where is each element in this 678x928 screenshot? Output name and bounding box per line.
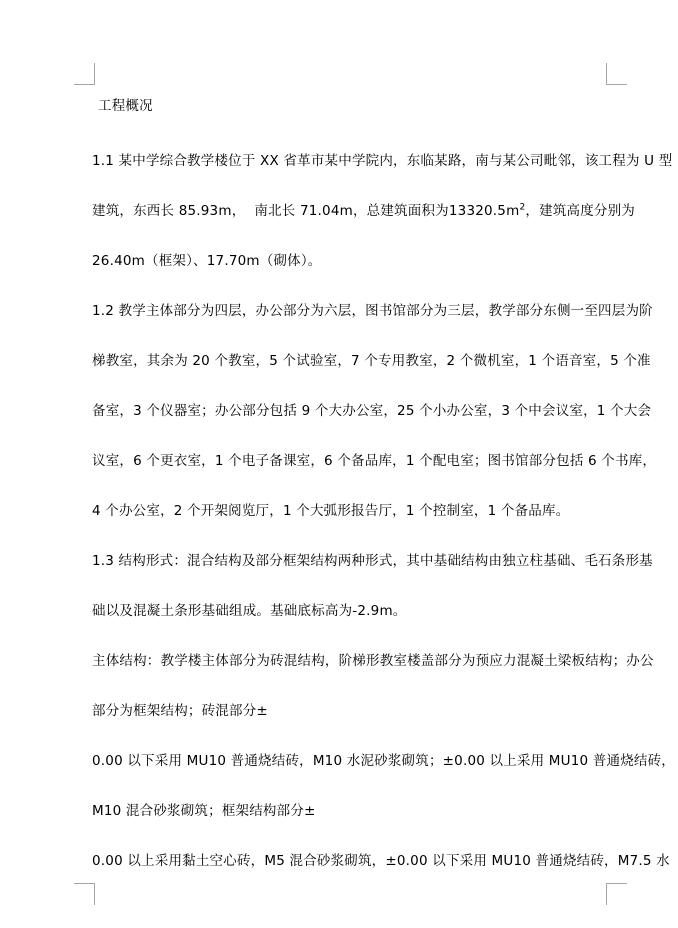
paragraph-masonry-2-line-1: 0.00 以上采用黏土空心砖，M5 混合砂浆砌筑，±0.00 以下采用 MU10… bbox=[92, 853, 592, 870]
line-text-before-superscript: 建筑，东西长 85.93m， 南北长 71.04m，总建筑面积为13320.5m bbox=[92, 203, 519, 219]
paragraph-masonry-1-line-2: M10 混合砂浆砌筑；框架结构部分± bbox=[92, 803, 592, 820]
paragraph-1-2-line-3: 备室，3 个仪器室；办公部分包括 9 个大办公室，25 个小办公室，3 个中会议… bbox=[92, 403, 592, 420]
paragraph-1-1-line-3: 26.40m（框架）、17.70m（砌体）。 bbox=[92, 253, 592, 270]
paragraph-1-1-line-1: 1.1 某中学综合教学楼位于 XX 省革市某中学院内，东临某路，南与某公司毗邻，… bbox=[92, 153, 592, 170]
text-boundary-mark-top-right bbox=[606, 63, 627, 85]
text-boundary-mark-bottom-right bbox=[606, 883, 627, 905]
section-heading: 工程概况 bbox=[98, 98, 598, 115]
paragraph-1-2-line-1: 1.2 教学主体部分为四层，办公部分为六层，图书馆部分为三层，教学部分东侧一至四… bbox=[92, 303, 592, 320]
document-page: 工程概况 1.1 某中学综合教学楼位于 XX 省革市某中学院内，东临某路，南与某… bbox=[0, 0, 678, 928]
paragraph-1-2-line-4: 议室，6 个更衣室，1 个电子备课室，6 个备品库，1 个配电室；图书馆部分包括… bbox=[92, 453, 592, 470]
line-text-after-superscript: ，建筑高度分别为 bbox=[525, 203, 635, 219]
paragraph-masonry-1-line-1: 0.00 以下采用 MU10 普通烧结砖，M10 水泥砂浆砌筑；±0.00 以上… bbox=[92, 753, 592, 770]
paragraph-main-structure-line-1: 主体结构：教学楼主体部分为砖混结构，阶梯形教室楼盖部分为预应力混凝土梁板结构；办… bbox=[92, 653, 592, 670]
paragraph-1-2-line-2: 梯教室，其余为 20 个教室，5 个试验室，7 个专用教室，2 个微机室，1 个… bbox=[92, 353, 592, 370]
text-boundary-mark-bottom-left bbox=[74, 883, 95, 905]
paragraph-main-structure-line-2: 部分为框架结构；砖混部分± bbox=[92, 703, 592, 720]
paragraph-1-3-line-2: 础以及混凝土条形基础组成。基础底标高为-2.9m。 bbox=[92, 603, 592, 620]
paragraph-1-1-line-2: 建筑，东西长 85.93m， 南北长 71.04m，总建筑面积为13320.5m… bbox=[92, 203, 592, 220]
paragraph-1-2-line-5: 4 个办公室，2 个开架阅览厅，1 个大弧形报告厅，1 个控制室，1 个备品库。 bbox=[92, 503, 592, 520]
paragraph-1-3-line-1: 1.3 结构形式：混合结构及部分框架结构两种形式，其中基础结构由独立柱基础、毛石… bbox=[92, 553, 592, 570]
text-boundary-mark-top-left bbox=[74, 63, 95, 85]
